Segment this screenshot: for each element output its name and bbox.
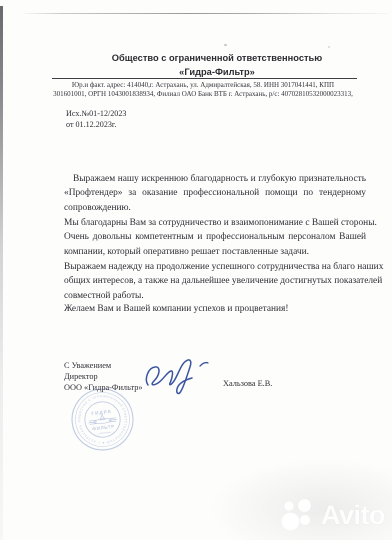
body-line: сопровождению. xyxy=(64,201,366,215)
body-line: Очень довольны компетентным и профессион… xyxy=(64,230,366,244)
avito-watermark: Avito xyxy=(281,499,385,532)
avito-logo-icon xyxy=(281,499,318,532)
paragraph-wishes: Желаем Вам и Вашей компании успехов и пр… xyxy=(64,302,366,316)
paragraph-cooperation: Мы благодарны Вам за сотрудничество и вз… xyxy=(64,216,366,259)
scanned-letter-page: Общество с ограниченной ответственностью… xyxy=(0,0,392,540)
body-line: Мы благодарны Вам за сотрудничество и вз… xyxy=(64,216,366,230)
outgoing-date: от 01.12.2023г. xyxy=(66,120,126,131)
body-line: Желаем Вам и Вашей компании успехов и пр… xyxy=(64,302,366,316)
stamp-city-text: г. Астрахань xyxy=(97,431,112,436)
stamp-word-bottom: ФИЛЬТР xyxy=(92,424,115,432)
body-line: общих интересов, а также на дальнейшее у… xyxy=(64,274,366,288)
body-line: Выражаем нашу искреннюю благодарность и … xyxy=(64,172,366,186)
letterhead-address: Юр.и факт. адрес: 414040,г. Астрахань, у… xyxy=(46,81,360,99)
body-line: компании, который оперативно решает пост… xyxy=(64,245,366,259)
body-line: «Профтендер» за оказание профессионально… xyxy=(64,186,366,200)
director-signature-icon xyxy=(140,357,225,397)
org-name-line: «Гидра-Фильтр» xyxy=(42,67,392,77)
org-type-line: Общество с ограниченной ответственностью xyxy=(42,53,392,63)
scan-edge-left-shadow xyxy=(0,6,3,540)
address-line-1: Юр.и факт. адрес: 414040,г. Астрахань, у… xyxy=(46,81,360,90)
paragraph-gratitude: Выражаем нашу искреннюю благодарность и … xyxy=(64,172,366,215)
signoff-closing: С Уважением xyxy=(64,360,143,371)
round-company-stamp-icon: ОБЩЕСТВО С ОГРАНИЧЕННОЙ ОТВЕТСТВЕННОСТЬЮ… xyxy=(69,386,136,453)
scan-speck xyxy=(328,46,330,48)
letterhead: Общество с ограниченной ответственностью… xyxy=(42,53,392,77)
letterhead-divider xyxy=(52,78,357,79)
outgoing-number: Исх.№01-12/2023 xyxy=(66,109,126,120)
body-line: Выражаем надежду на продолжение успешног… xyxy=(64,260,366,274)
scan-edge-top-line xyxy=(24,13,388,14)
address-line-2: 301601001, ОРГН 1043001838934, Филиал ОА… xyxy=(46,90,360,99)
outgoing-reference: Исх.№01-12/2023 от 01.12.2023г. xyxy=(66,109,126,130)
avito-wordmark: Avito xyxy=(321,500,385,531)
signee-name: Хальзова Е.В. xyxy=(223,379,272,388)
signoff-position: Директор xyxy=(64,371,143,382)
paragraph-hope: Выражаем надежду на продолжение успешног… xyxy=(64,260,366,303)
scan-speck xyxy=(224,44,227,46)
